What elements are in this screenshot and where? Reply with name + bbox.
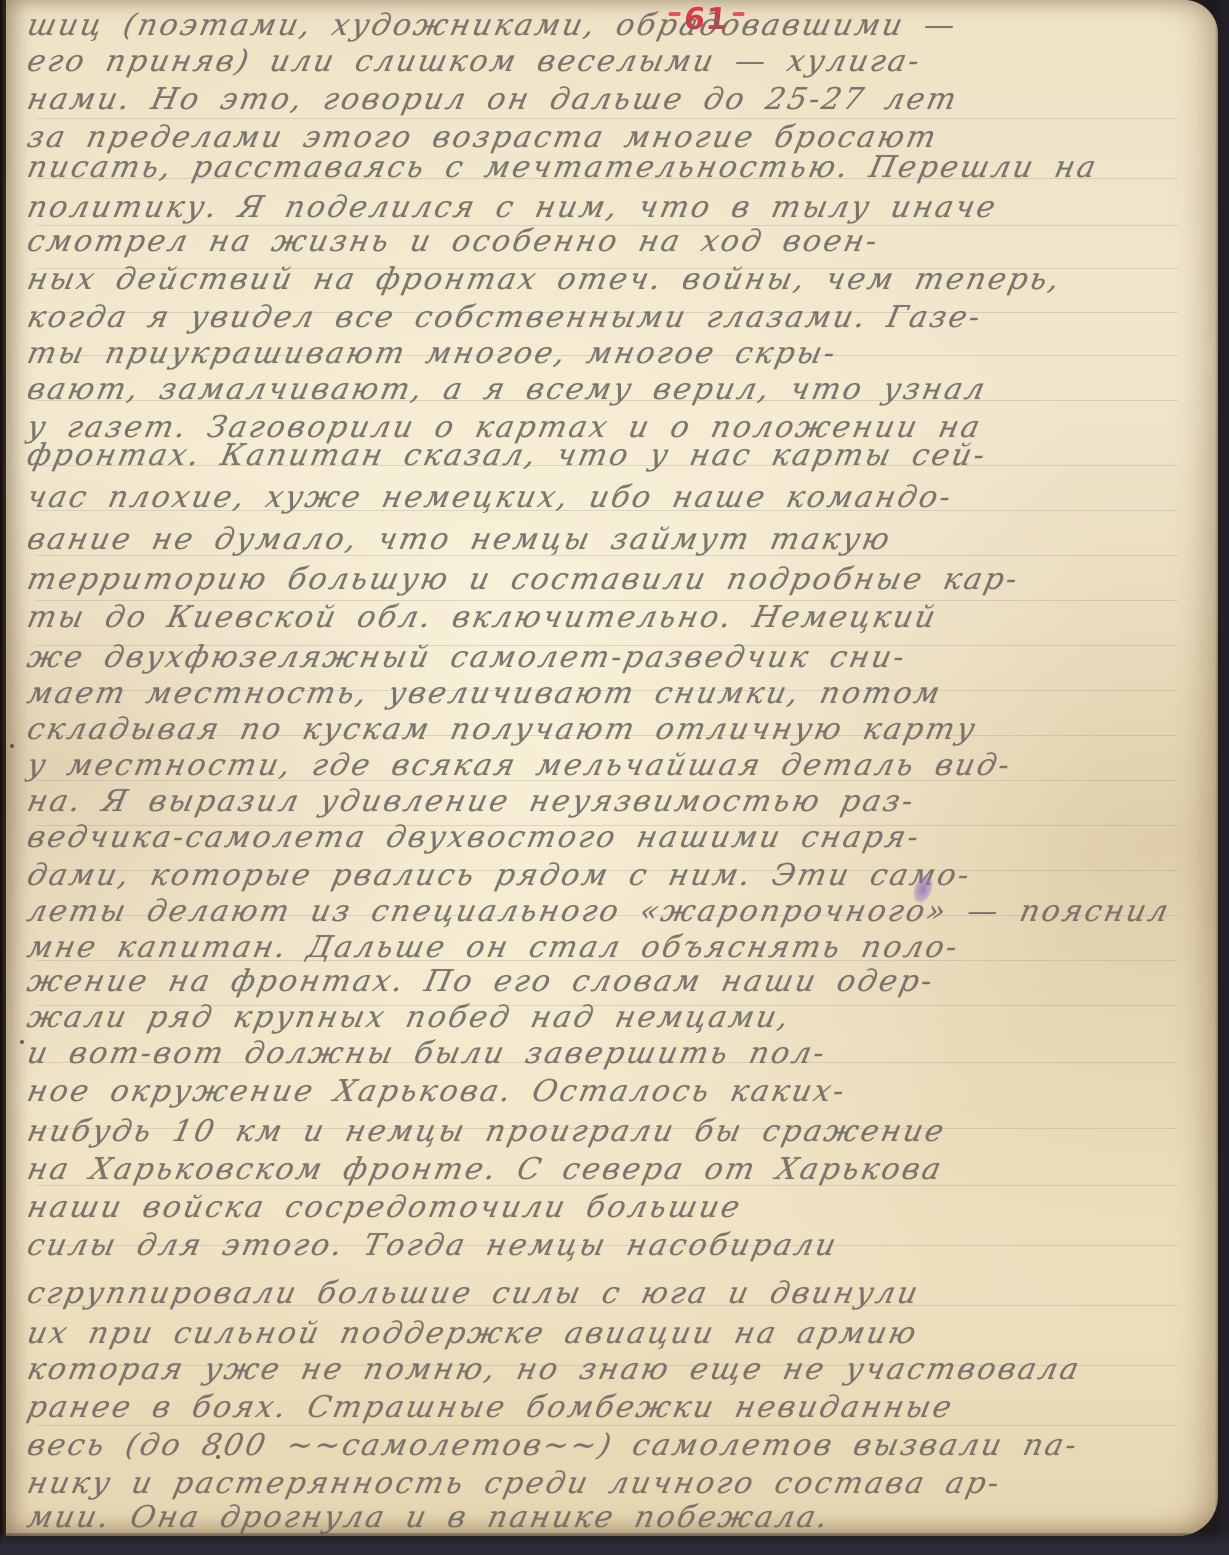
text-line: дами, которые рвались рядом с ним. Эти с… (24, 858, 1205, 893)
diary-page: 61 шиц (поэтами, художниками, обрадовавш… (6, 0, 1218, 1536)
text-line: их при сильной поддержке авиации на арми… (24, 1316, 1205, 1351)
text-line: ное окружение Харькова. Осталось каких- (24, 1074, 1205, 1109)
text-line: шиц (поэтами, художниками, обрадовавшими… (24, 8, 1205, 43)
text-line: жение на фронтах. По его словам наши оде… (24, 964, 1205, 999)
page-bottom-edge (0, 1533, 1229, 1555)
text-line: политику. Я поделился с ним, что в тылу … (24, 190, 1205, 225)
text-line: смотрел на жизнь и особенно на ход воен- (24, 224, 1205, 259)
text-line: час плохие, хуже немецких, ибо наше кома… (24, 480, 1205, 515)
text-line: мне капитан. Дальше он стал объяснять по… (24, 930, 1205, 965)
text-line: силы для этого. Тогда немцы насобирали (24, 1228, 1205, 1263)
text-line: мает местность, увеличивают снимки, пото… (24, 676, 1205, 711)
paper-speck (20, 1040, 24, 1044)
text-line: на. Я выразил удивление неуязвимостью ра… (24, 784, 1205, 819)
paper-speck (10, 744, 14, 748)
text-line: которая уже не помню, но знаю еще не уча… (24, 1352, 1205, 1387)
text-line: леты делают из специального «жаропрочног… (24, 894, 1205, 929)
text-line: нибудь 10 км и немцы проиграли бы сражен… (24, 1114, 1205, 1149)
text-line: жали ряд крупных побед над немцами, (24, 1000, 1205, 1035)
text-line: ранее в боях. Страшные бомбежки невиданн… (24, 1390, 1205, 1425)
text-line: складывая по кускам получают отличную ка… (24, 712, 1205, 747)
paper-speck (216, 1455, 220, 1459)
text-line: территорию большую и составили подробные… (24, 562, 1205, 597)
text-line: мии. Она дрогнула и в панике побежала. (24, 1500, 1205, 1535)
text-line: ведчика-самолета двухвостого нашими снар… (24, 820, 1205, 855)
ruled-line (36, 1425, 1178, 1426)
text-line: ных действий на фронтах отеч. войны, чем… (24, 262, 1205, 297)
text-line: сгруппировали большие силы с юга и двину… (24, 1276, 1205, 1311)
text-line: его приняв) или слишком веселыми — хулиг… (24, 44, 1205, 79)
page-right-edge-shadow (1215, 0, 1229, 1555)
text-line: фронтах. Капитан сказал, что у нас карты… (24, 438, 1205, 473)
text-line: когда я увидел все собственными глазами.… (24, 300, 1205, 335)
text-line: вание не думало, что немцы займут такую (24, 522, 1205, 557)
text-line: весь (до 800 ~~самолетов~~) самолетов вы… (24, 1428, 1205, 1463)
text-line: ты приукрашивают многое, многое скры- (24, 336, 1205, 371)
scanned-page-background: 61 шиц (поэтами, художниками, обрадовавш… (0, 0, 1229, 1555)
text-line: ты до Киевской обл. включительно. Немецк… (24, 600, 1205, 635)
text-line: нику и растерянность среди личного соста… (24, 1466, 1205, 1501)
text-line: же двухфюзеляжный самолет-разведчик сни- (24, 640, 1205, 675)
ruled-line (36, 118, 1178, 119)
text-line: наши войска сосредоточили большие (24, 1190, 1205, 1225)
text-line: писать, расставаясь с мечтательностью. П… (24, 150, 1205, 185)
text-line: у местности, где всякая мельчайшая детал… (24, 748, 1205, 783)
text-line: на Харьковском фронте. С севера от Харьк… (24, 1152, 1205, 1187)
text-line: вают, замалчивают, а я всему верил, что … (24, 372, 1205, 407)
text-line: и вот-вот должны были завершить пол- (24, 1036, 1205, 1071)
text-line: нами. Но это, говорил он дальше до 25-27… (24, 82, 1205, 117)
